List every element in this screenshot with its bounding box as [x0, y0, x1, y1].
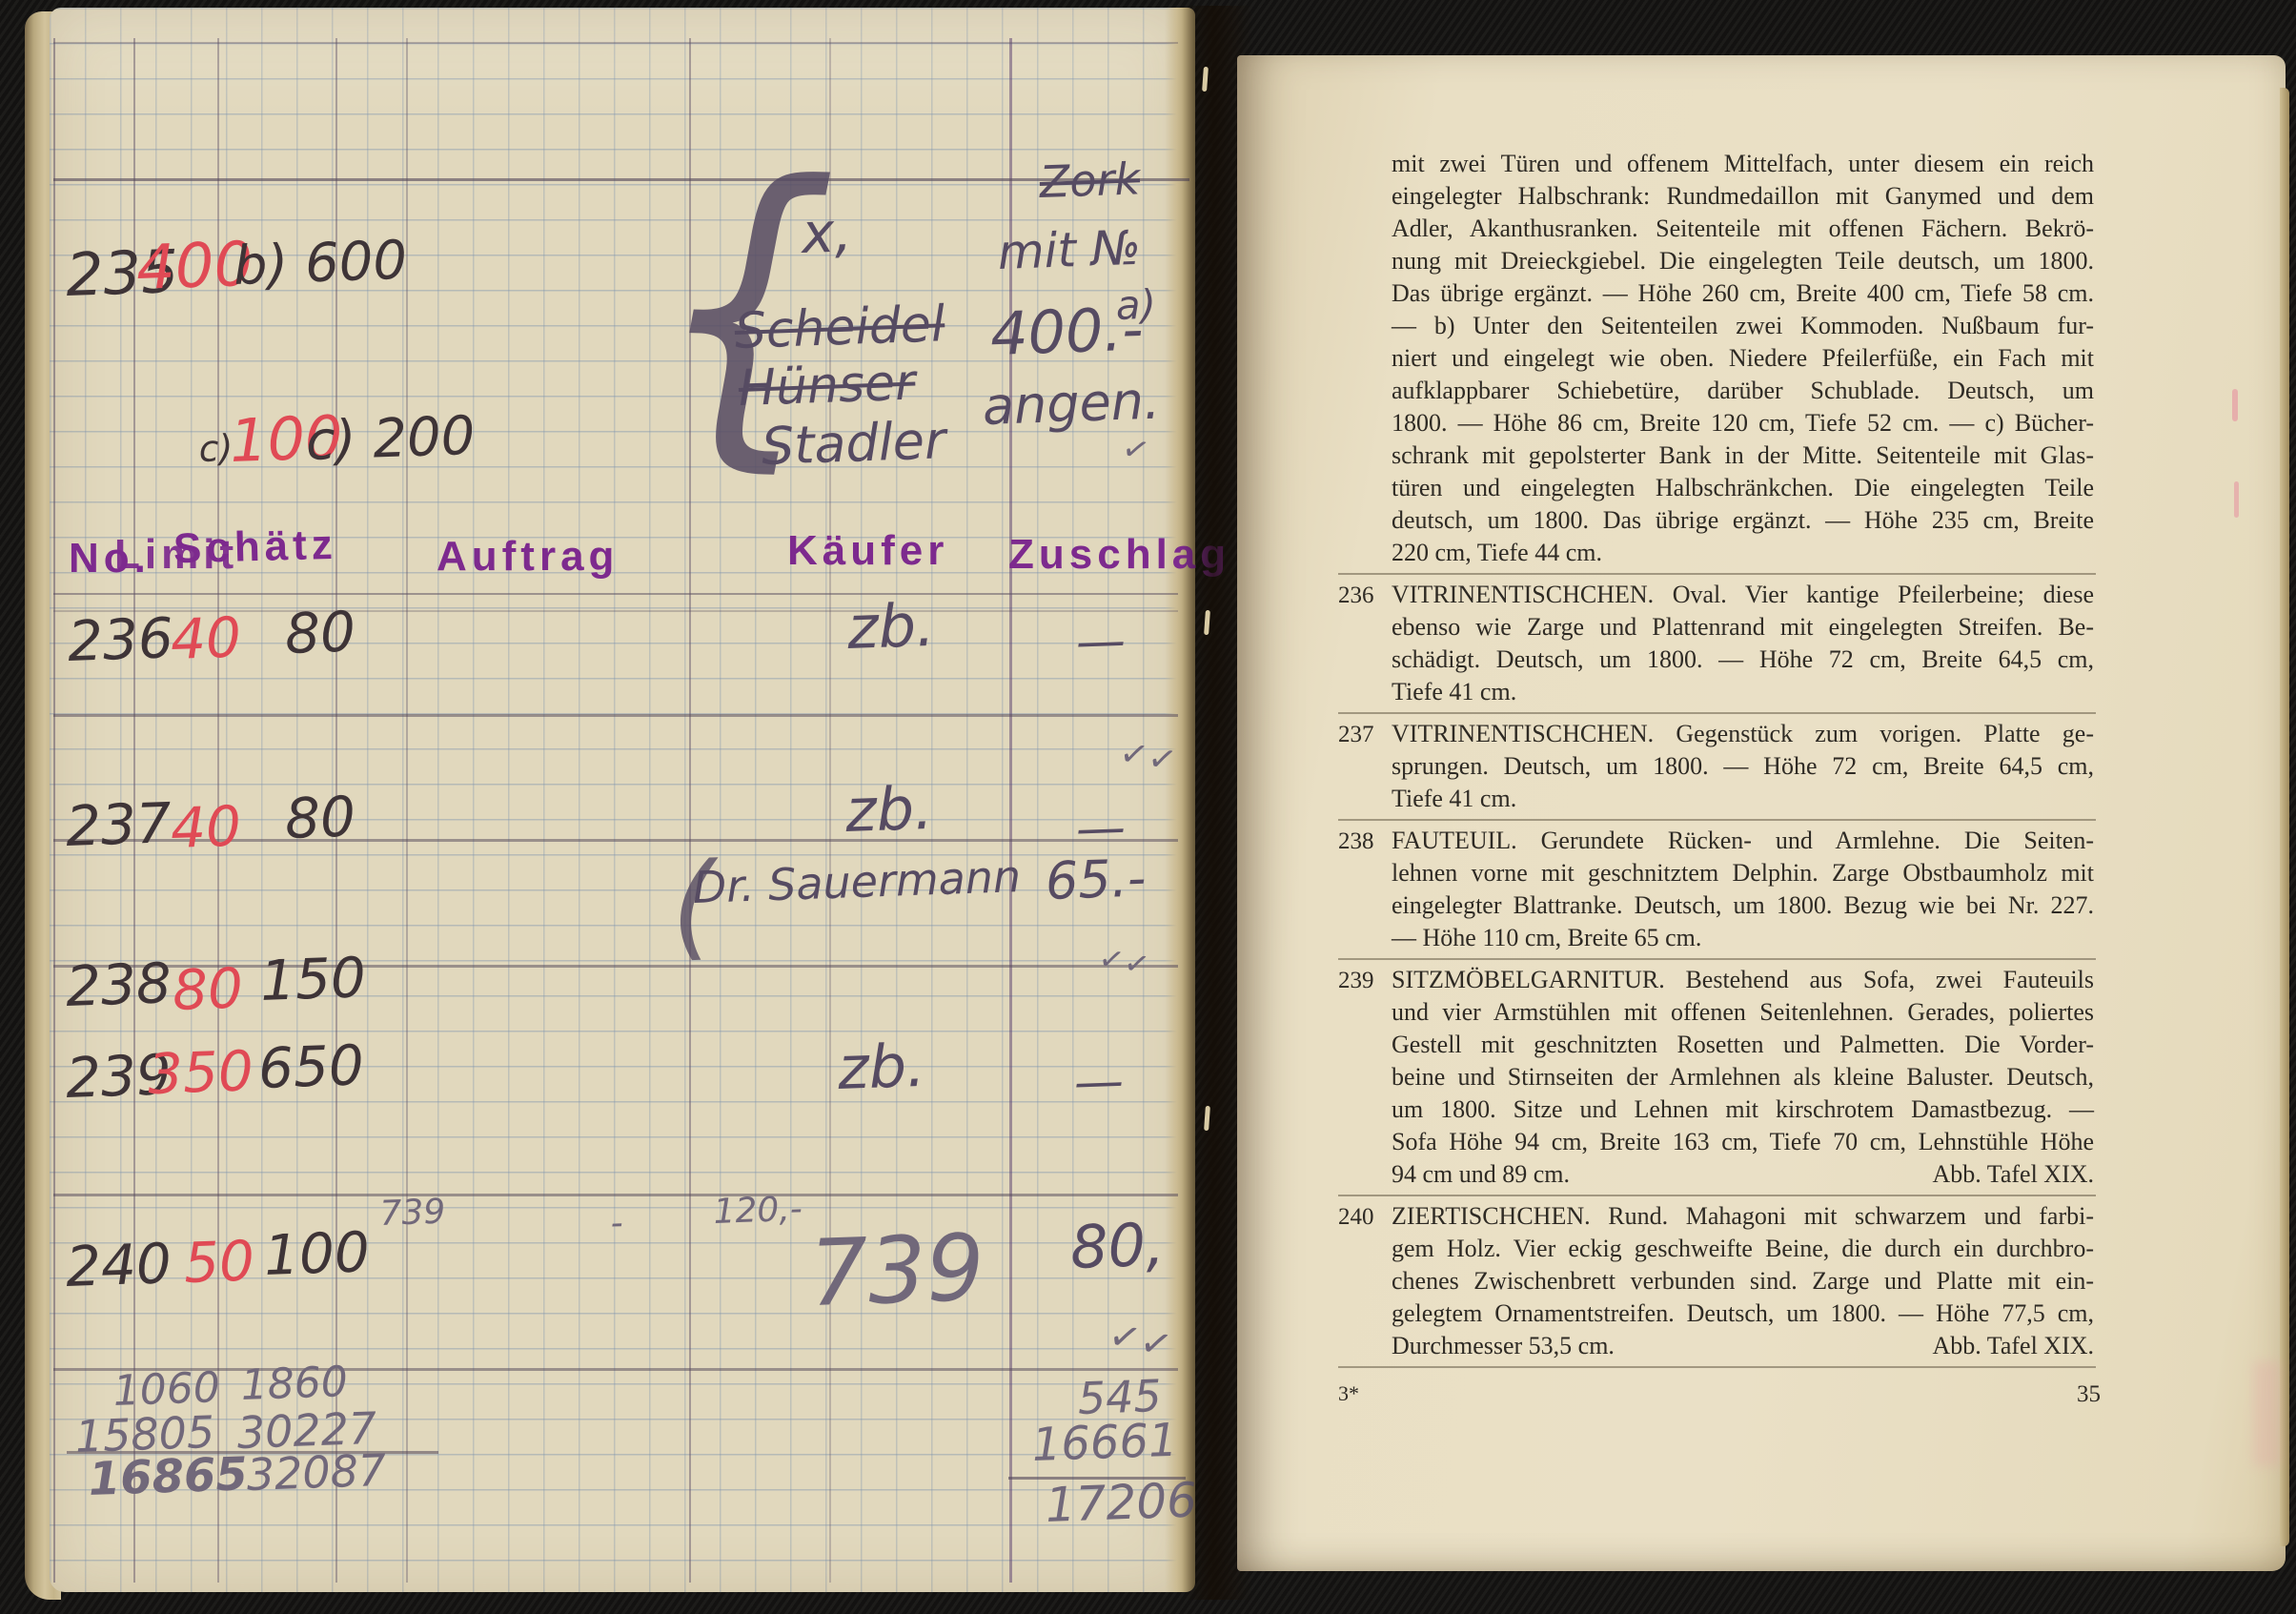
entry-line: ebenso wie Zarge und Plattenrand mit ein… — [1392, 611, 2094, 644]
lot-number: 237 — [1338, 718, 1392, 815]
row-limit: 350 — [147, 1043, 254, 1102]
entry-line: gem Holz. Vier eckig geschweifte Beine, … — [1392, 1233, 2094, 1265]
pink-mark — [2234, 481, 2239, 518]
ledger-rule-horizontal — [53, 1368, 1178, 1371]
header-auftrag: Auftrag — [437, 536, 619, 578]
entry-divider — [1338, 958, 2096, 960]
entry-tail: 94 cm und 89 cm. — [1392, 1158, 1570, 1191]
entry-line: schädigt. Deutsch, um 1800. — Höhe 72 cm… — [1392, 644, 2094, 676]
row-no: 236 — [67, 610, 174, 669]
row-kaeufer: zb. — [846, 596, 936, 658]
catalog-line: türen und eingelegten Halbschränkchen. D… — [1392, 472, 2094, 504]
entry-line: sprungen. Deutsch, um 1800. — Höhe 72 cm… — [1392, 750, 2094, 783]
ledger-rule-horizontal — [53, 593, 1178, 595]
lot235-buyer: Stadler — [761, 415, 946, 473]
entry-line: chenes Zwischenbrett verbunden sind. Zar… — [1392, 1265, 2094, 1297]
sum-zuschlag-part: 545 — [1077, 1374, 1162, 1420]
entry-line: Sofa Höhe 94 cm, Breite 163 cm, Tiefe 70… — [1392, 1126, 2094, 1158]
pencil-note-amount: 120,- — [713, 1193, 803, 1230]
pink-mark — [2253, 1361, 2280, 1466]
catalog-line: — b) Unter den Seitenteilen zwei Kommode… — [1392, 310, 2094, 342]
ledger-rule-vertical — [53, 38, 55, 1583]
sum-schaetz-total: 32087 — [246, 1448, 387, 1497]
catalog-entry-239: 239 SITZMÖBELGARNITUR. Bestehend aus Sof… — [1338, 964, 2096, 1191]
entry-line: lehnen vorne mit geschnitztem Delphin. Z… — [1392, 857, 2094, 889]
ledger-rule-horizontal — [53, 1194, 1178, 1196]
entry-divider — [1338, 1366, 2096, 1368]
row-limit: 40 — [170, 609, 242, 667]
entry-divider — [1338, 1195, 2096, 1196]
book-scan: No. Limit Schätz Auftrag Käufer Zuschlag… — [0, 0, 2296, 1614]
lot235-crossed-right: Zork — [1039, 156, 1141, 204]
row-no: 240 — [65, 1236, 173, 1295]
catalog-line: nung mit Dreieckgiebel. Die eingelegten … — [1392, 245, 2094, 277]
entry-divider — [1338, 573, 2096, 575]
lot-number: 240 — [1338, 1200, 1392, 1362]
row-schaetz: 100 — [263, 1224, 371, 1283]
row-zuschlag: 80, — [1069, 1216, 1166, 1277]
row-no: 237 — [65, 795, 173, 854]
row-kaeufer: Dr. Sauermann — [692, 854, 1022, 909]
row-zuschlag: — — [1073, 1056, 1125, 1108]
entry-plate-ref: Abb. Tafel XIX. — [1932, 1158, 2094, 1191]
catalog-line: eingelegter Halbschrank: Rundmedaillon m… — [1392, 180, 2094, 213]
sum-limit-total: 16865 — [88, 1451, 249, 1502]
row-schaetz: 650 — [257, 1037, 365, 1096]
pencil-note-lot: 739 — [379, 1195, 446, 1232]
row-kaeufer: 739 — [808, 1222, 985, 1319]
pencil-note-dash: - — [610, 1207, 623, 1241]
row-kaeufer: zb. — [837, 1036, 926, 1098]
entry-line: um 1800. Sitze und Lehnen mit kirschrote… — [1392, 1093, 2094, 1126]
catalog-footer: 3* 35 — [1338, 1381, 2101, 1408]
catalog-line: 1800. — Höhe 86 cm, Breite 120 cm, Tiefe… — [1392, 407, 2094, 439]
row-zuschlag: 65.- — [1045, 852, 1147, 908]
row-no: 238 — [65, 955, 173, 1014]
ledger-rule-horizontal — [53, 42, 1178, 44]
row-kaeufer: zb. — [844, 779, 934, 841]
signature-mark: 3* — [1338, 1381, 1359, 1408]
catalog-text-column: mit zwei Türen und offenem Mittelfach, u… — [1338, 148, 2096, 1408]
entry-line: Gestell mit geschnitzten Rosetten und Pa… — [1392, 1029, 2094, 1061]
entry-tail: Tiefe 41 cm. — [1392, 676, 1516, 708]
entry-line: VITRINENTISCHCHEN. Gegenstück zum vorige… — [1392, 718, 2094, 750]
catalog-line: aufklappbarer Schiebetüre, darüber Schub… — [1392, 375, 2094, 407]
catalog-line: Adler, Akanthusranken. Seitenteile mit o… — [1392, 213, 2094, 245]
catalog-line: 220 cm, Tiefe 44 cm. — [1392, 537, 2094, 569]
entry-line: gelegtem Ornamentstreifen. Deutsch, um 1… — [1392, 1297, 2094, 1330]
row-limit: 40 — [170, 798, 242, 856]
entry-line: SITZMÖBELGARNITUR. Bestehend aus Sofa, z… — [1392, 964, 2094, 996]
lot235-note-price: 400.- — [989, 299, 1144, 364]
sum-schaetz-part: 1860 — [240, 1361, 348, 1407]
catalog-entry-237: 237 VITRINENTISCHCHEN. Gegenstück zum vo… — [1338, 718, 2096, 815]
page-number: 35 — [2077, 1381, 2101, 1408]
entry-plate-ref: Abb. Tafel XIX. — [1932, 1330, 2094, 1362]
catalog-entry-238: 238 FAUTEUIL. Gerundete Rücken- und Arml… — [1338, 825, 2096, 954]
row-schaetz: 150 — [259, 950, 367, 1009]
pink-mark — [2232, 389, 2238, 421]
row-limit: 80 — [172, 960, 244, 1018]
catalog-entry-240: 240 ZIERTISCHCHEN. Rund. Mahagoni mit sc… — [1338, 1200, 2096, 1362]
entry-tail: Durchmesser 53,5 cm. — [1392, 1330, 1615, 1362]
catalog-entry-236: 236 VITRINENTISCHCHEN. Oval. Vier kantig… — [1338, 579, 2096, 708]
header-kaeufer: Käufer — [787, 530, 948, 572]
entry-divider — [1338, 819, 2096, 821]
catalog-line: mit zwei Türen und offenem Mittelfach, u… — [1392, 148, 2094, 180]
lot235-c-prefix: c) — [198, 430, 234, 467]
ledger-rule-horizontal — [53, 714, 1178, 717]
catalog-line: schrank mit gepolsterter Bank in der Mit… — [1392, 439, 2094, 472]
lot235-x-mark: x, — [801, 204, 853, 261]
entry-tail: — Höhe 110 cm, Breite 65 cm. — [1392, 922, 1701, 954]
ledger-rule-horizontal — [53, 178, 1189, 181]
catalog-line: deutsch, um 1800. Das übrige ergänzt. — … — [1392, 504, 2094, 537]
check-mark: ✓✓ — [1117, 736, 1180, 780]
sum-zuschlag-total: 17206 — [1045, 1476, 1198, 1529]
row-zuschlag: — — [1075, 616, 1127, 667]
entry-line: VITRINENTISCHCHEN. Oval. Vier kantige Pf… — [1392, 579, 2094, 611]
entry-line: und vier Armstühlen mit offenen Seitenle… — [1392, 996, 2094, 1029]
lot235-crossed-name-2: Hünser — [738, 358, 916, 414]
entry-tail: Tiefe 41 cm. — [1392, 783, 1516, 815]
lot235-note-mit: mit № — [997, 224, 1142, 276]
sum-zuschlag-carry: 16661 — [1031, 1418, 1178, 1468]
row-limit: 50 — [183, 1233, 255, 1291]
lot-number: 236 — [1338, 579, 1392, 708]
entry-line: eingelegter Blattranke. Deutsch, um 1800… — [1392, 889, 2094, 922]
entry-divider — [1338, 712, 2096, 714]
entry-line: ZIERTISCHCHEN. Rund. Mahagoni mit schwar… — [1392, 1200, 2094, 1233]
entry-line: beine und Stirnseiten der Armlehnen als … — [1392, 1061, 2094, 1093]
catalog-line: Das übrige ergänzt. — Höhe 260 cm, Breit… — [1392, 277, 2094, 310]
catalog-line: niert und eingelegt wie oben. Niedere Pf… — [1392, 342, 2094, 375]
entry-line: FAUTEUIL. Gerundete Rücken- und Armlehne… — [1392, 825, 2094, 857]
check-mark: ✓✓ — [1096, 942, 1151, 981]
lot-number: 239 — [1338, 964, 1392, 1191]
lot235-b-note: b) 600 — [233, 235, 408, 294]
row-schaetz: 80 — [284, 788, 356, 847]
lot235-crossed-name-1: Scheidel — [734, 299, 945, 357]
header-schaetz: Schätz — [173, 524, 337, 570]
row-schaetz: 80 — [284, 603, 356, 662]
lot235-note-status: angen. — [982, 376, 1161, 433]
lot235-c-note: c) 200 — [305, 410, 476, 469]
catalog-page-edge — [2280, 88, 2289, 1546]
row-zuschlag: — — [1075, 803, 1127, 854]
lot-number: 238 — [1338, 825, 1392, 954]
